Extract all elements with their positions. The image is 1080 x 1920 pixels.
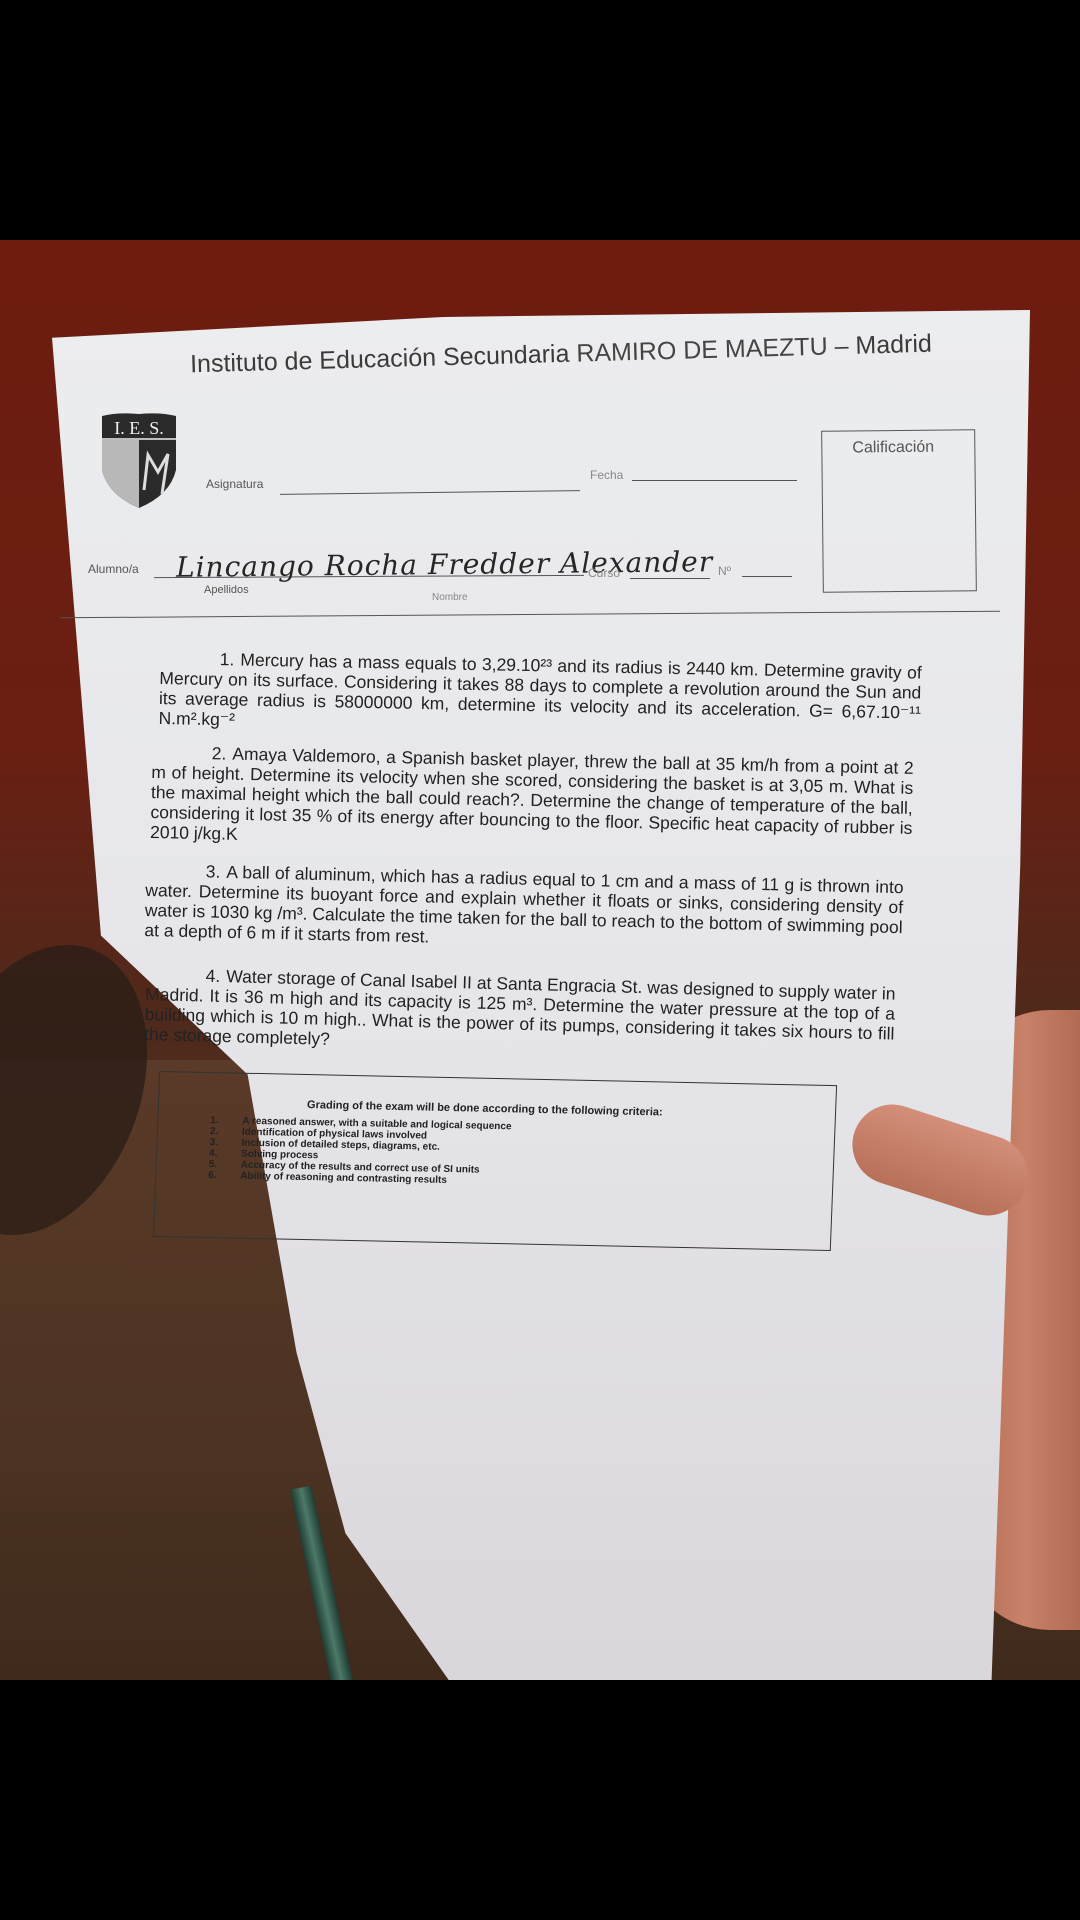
header-divider (60, 611, 1000, 619)
school-title: Instituto de Educación Secundaria RAMIRO… (190, 330, 933, 380)
exam-document: Instituto de Educación Secundaria RAMIRO… (0, 240, 1080, 1680)
grade-label: Calificación (852, 439, 934, 458)
course-field[interactable] (630, 578, 710, 579)
student-label: Alumno/a (88, 562, 139, 576)
question-3: 3.A ball of aluminum, which has a radius… (144, 860, 904, 957)
date-label: Fecha (590, 468, 623, 482)
svg-text:I. E. S.: I. E. S. (114, 418, 164, 438)
subject-field[interactable] (280, 490, 580, 495)
question-4: 4.Water storage of Canal Isabel II at Sa… (144, 964, 896, 1064)
number-field[interactable] (742, 576, 792, 577)
grade-box: Calificación (821, 429, 977, 593)
question-1: 1.Mercury has a mass equals to 3,29.10²³… (158, 648, 921, 743)
date-field[interactable] (632, 480, 797, 481)
photo: Instituto de Educación Secundaria RAMIRO… (0, 240, 1080, 1680)
criteria-list: 1.A reasoned answer, with a suitable and… (208, 1115, 512, 1187)
school-name: RAMIRO DE MAEZTU (576, 333, 828, 368)
criteria-title: Grading of the exam will be done accordi… (307, 1099, 663, 1118)
name-caption: Nombre (432, 592, 468, 603)
course-label: Curso (588, 566, 620, 580)
question-2: 2.Amaya Valdemoro, a Spanish basket play… (150, 742, 914, 858)
subject-label: Asignatura (206, 477, 263, 491)
number-label: Nº (718, 564, 731, 578)
surnames-caption: Apellidos (204, 584, 249, 596)
school-logo-icon: I. E. S. (98, 410, 180, 510)
grading-criteria-box: Grading of the exam will be done accordi… (153, 1071, 837, 1251)
